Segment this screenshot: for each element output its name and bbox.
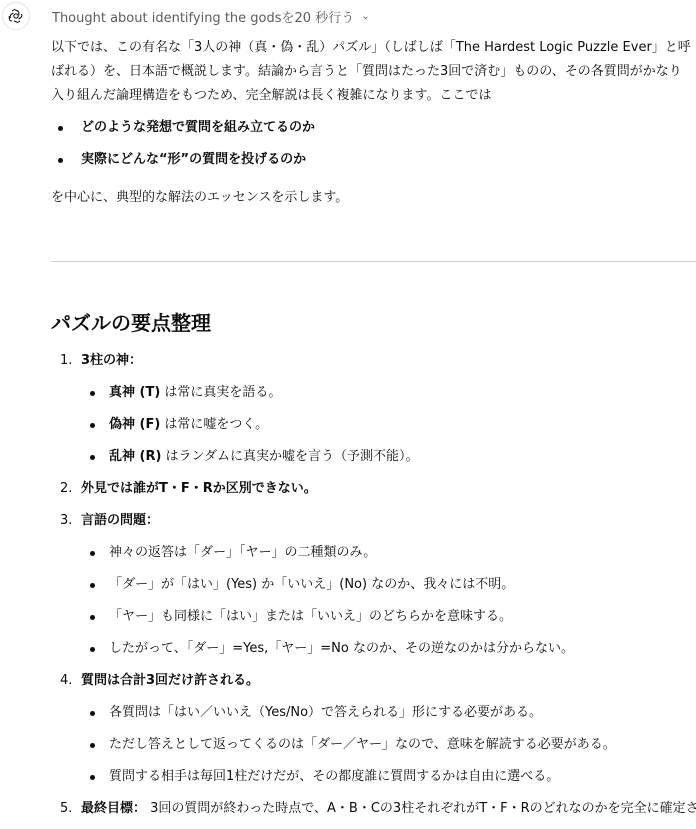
avatar xyxy=(2,2,30,30)
term: 乱神 (R) xyxy=(109,449,161,464)
list-item: 各質問は「はい／いいえ（Yes/No）で答えられる」形にする必要がある。 xyxy=(81,701,696,725)
item-title: 言語の問題： xyxy=(81,513,159,528)
list-item: 質問する相手は毎回1柱だけだが、その都度誰に質問するかは自由に選べる。 xyxy=(81,765,696,789)
openai-logo-icon xyxy=(8,8,24,24)
thought-toggle[interactable]: Thought about identifying the godsを20 秒行… xyxy=(52,6,370,26)
item-title: 質問は合計3回だけ許される。 xyxy=(81,673,259,688)
sub-list: 神々の返答は「ダー」「ヤー」の二種類のみ。 「ダー」が「はい」(Yes) か「い… xyxy=(81,541,696,661)
list-item: 真神 (T) は常に真実を語る。 xyxy=(81,381,696,405)
intro-section: 以下では、この有名な「3人の神（真・偽・乱）パズル」（しばしば「The Hard… xyxy=(51,36,696,210)
item-text: 3回の質問が終わった時点で、A・B・Cの3柱それぞれがT・F・Rのどれなのかを完… xyxy=(146,801,696,816)
list-item: 偽神 (F) は常に嘘をつく。 xyxy=(81,413,696,437)
item-title: 最終目標： xyxy=(81,801,146,816)
list-item: 2. 外見では誰がT・F・Rか区別できない。 xyxy=(51,477,696,501)
list-item: どのような発想で質問を組み立てるのか xyxy=(51,116,696,140)
term: 真神 (T) xyxy=(109,385,160,400)
list-item: ただし答えとして返ってくるのは「ダー／ヤー」なので、意味を解読する必要がある。 xyxy=(81,733,696,757)
list-item: 3. 言語の問題： 神々の返答は「ダー」「ヤー」の二種類のみ。 「ダー」が「はい… xyxy=(51,509,696,661)
list-item: 「ダー」が「はい」(Yes) か「いいえ」(No) なのか、我々には不明。 xyxy=(81,573,696,597)
item-number: 2. xyxy=(60,477,72,501)
list-item: 4. 質問は合計3回だけ許される。 各質問は「はい／いいえ（Yes/No）で答え… xyxy=(51,669,696,789)
intro-paragraph: 以下では、この有名な「3人の神（真・偽・乱）パズル」（しばしば「The Hard… xyxy=(51,36,691,108)
puzzle-points-list: 1. 3柱の神： 真神 (T) は常に真実を語る。 偽神 (F) は常に嘘をつく… xyxy=(51,349,696,829)
list-item: 1. 3柱の神： 真神 (T) は常に真実を語る。 偽神 (F) は常に嘘をつく… xyxy=(51,349,696,469)
description: は常に嘘をつく。 xyxy=(160,417,268,432)
description: はランダムに真実か嘘を言う（予測不能）。 xyxy=(161,449,418,464)
list-item: 神々の返答は「ダー」「ヤー」の二種類のみ。 xyxy=(81,541,696,565)
list-item: したがって、「ダー」=Yes,「ヤー」=No なのか、その逆なのかは分からない。 xyxy=(81,637,696,661)
description: は常に真実を語る。 xyxy=(160,385,281,400)
term: 偽神 (F) xyxy=(109,417,160,432)
intro-bullets: どのような発想で質問を組み立てるのか 実際にどんな“形”の質問を投げるのか xyxy=(51,116,696,172)
item-number: 3. xyxy=(60,509,72,533)
sub-list: 各質問は「はい／いいえ（Yes/No）で答えられる」形にする必要がある。 ただし… xyxy=(81,701,696,789)
item-number: 1. xyxy=(60,349,72,373)
chevron-down-icon: ⌄ xyxy=(361,11,369,22)
item-number: 5. xyxy=(60,797,72,821)
item-number: 4. xyxy=(60,669,72,693)
section-heading: パズルの要点整理 xyxy=(51,307,211,336)
item-title: 3柱の神： xyxy=(81,353,142,368)
divider xyxy=(51,261,696,262)
thought-label: Thought about identifying the godsを20 秒行… xyxy=(52,7,354,26)
list-item: 実際にどんな“形”の質問を投げるのか xyxy=(51,148,696,172)
intro-closing: を中心に、典型的な解法のエッセンスを示します。 xyxy=(51,186,696,210)
list-item: 乱神 (R) はランダムに真実か嘘を言う（予測不能）。 xyxy=(81,445,696,469)
sub-list: 真神 (T) は常に真実を語る。 偽神 (F) は常に嘘をつく。 乱神 (R) … xyxy=(81,381,696,469)
list-item: 5. 最終目標： 3回の質問が終わった時点で、A・B・Cの3柱それぞれがT・F・… xyxy=(51,797,696,821)
list-item: 「ヤー」も同様に「はい」または「いいえ」のどちらかを意味する。 xyxy=(81,605,696,629)
item-title: 外見では誰がT・F・Rか区別できない。 xyxy=(81,481,317,496)
